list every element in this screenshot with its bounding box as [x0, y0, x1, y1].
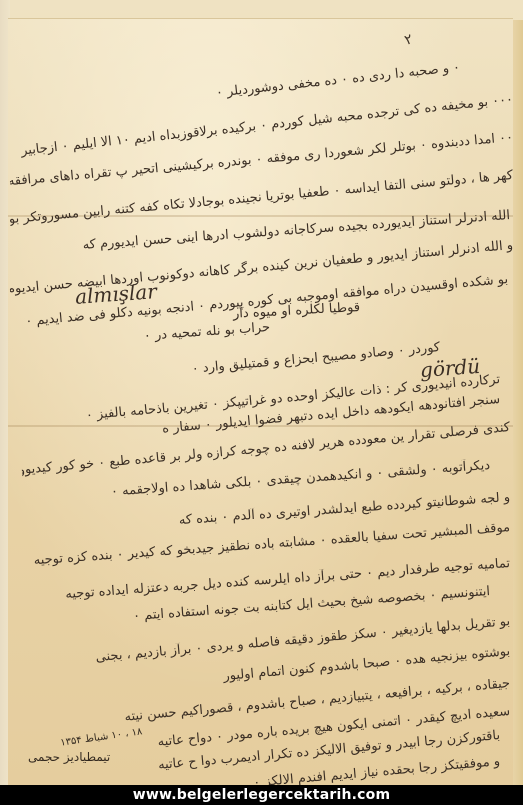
document-photo: ۲ ۰ و صحبه دا ردی ده ۰ ده مخفی دوشوردیلر…: [0, 0, 523, 785]
signature: تیمطیادیز حجمی: [28, 750, 110, 764]
latin-annotation: gördü: [419, 354, 481, 382]
watermark-bar: www.belgelerlegercektarih.com: [0, 785, 523, 805]
watermark-text: www.belgelerlegercektarih.com: [133, 787, 391, 803]
